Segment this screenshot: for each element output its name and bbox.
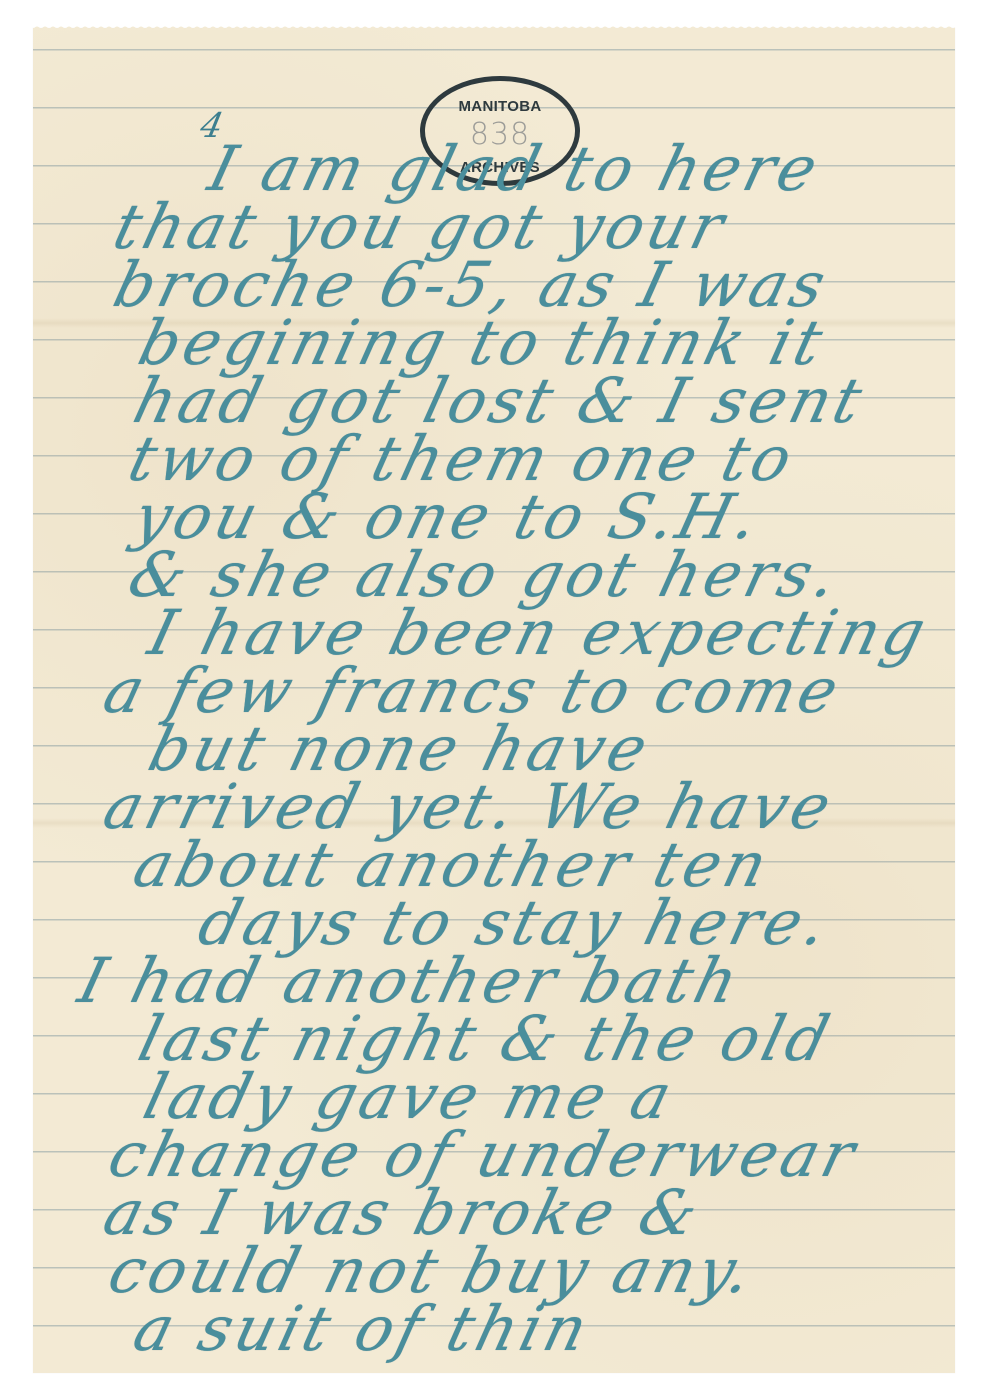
letter-line: a suit of thin xyxy=(128,1298,597,1360)
letter-body: I am glad to here that you got your broc… xyxy=(33,28,955,1373)
letter-page: 4 MANITOBA 838 ARCHIVES I am glad to her… xyxy=(33,28,955,1373)
